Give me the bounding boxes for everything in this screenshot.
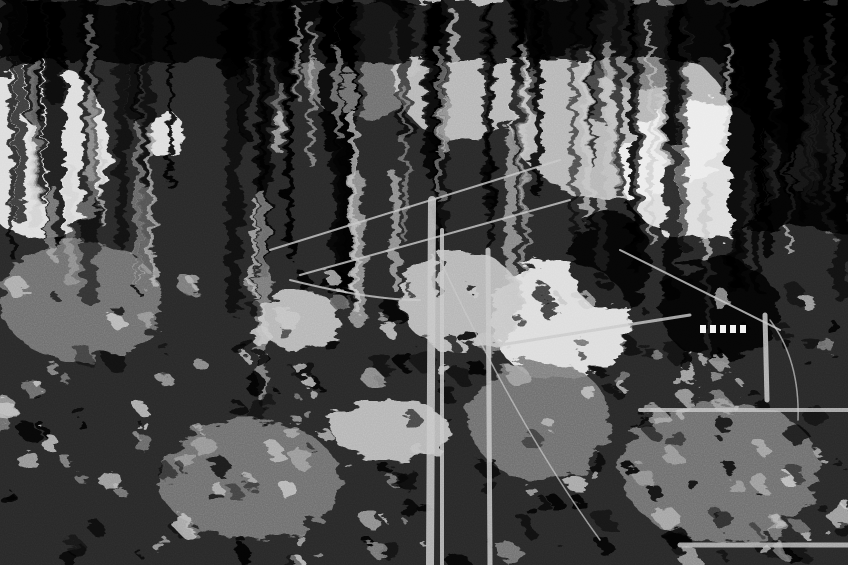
- grunge-photo: [0, 0, 848, 565]
- grunge-texture: [0, 0, 848, 565]
